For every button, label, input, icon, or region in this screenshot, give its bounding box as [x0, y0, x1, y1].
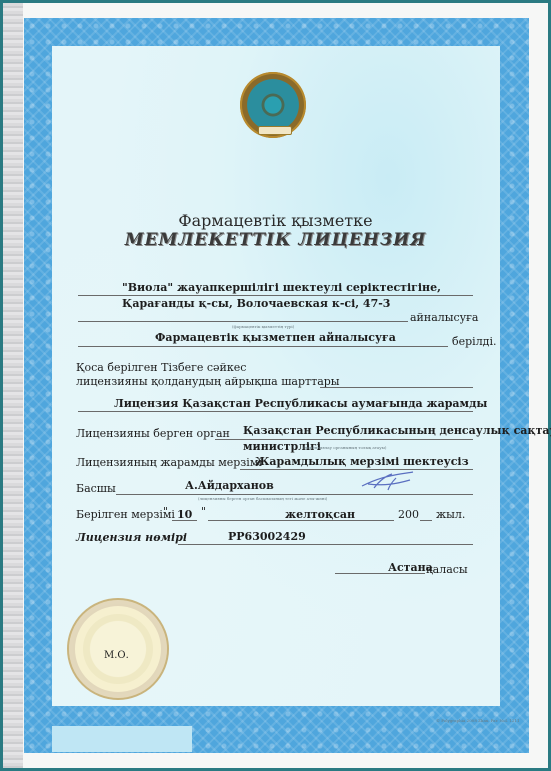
- rule: [172, 520, 197, 521]
- rule: [208, 520, 394, 521]
- binding-strip: [3, 3, 23, 768]
- issued-suffix: берілді.: [452, 335, 496, 348]
- rule: [78, 346, 448, 347]
- signature-icon: [360, 470, 415, 492]
- head-label: Басшы: [76, 482, 116, 495]
- licensee-line-1: "Виола" жауапкершілігі шектеулі серіктес…: [122, 281, 441, 294]
- conditions-value: Лицензия Қазақстан Республикасы аумағынд…: [114, 397, 487, 410]
- rule: [320, 387, 473, 388]
- date-close-quote: ": [201, 505, 206, 518]
- title-line-1: Фармацевтік қызметке: [0, 211, 551, 230]
- printer-note: © Polygraphia 2008 Zhax. Par. Nol. 1211: [436, 718, 520, 723]
- rule: [116, 494, 473, 495]
- license-number-value: РР63002429: [228, 530, 306, 543]
- title-line-2: МЕМЛЕКЕТТІК ЛИЦЕНЗИЯ: [0, 230, 551, 250]
- date-open-quote: ": [163, 505, 168, 518]
- date-year-suffix: жыл.: [436, 508, 465, 521]
- validity-label: Лицензияның жарамды мерзімі: [76, 456, 262, 469]
- validity-value: Жарамдылық мерзімі шектеусіз: [255, 455, 469, 468]
- rule: [78, 321, 408, 322]
- activity-caption: (фармацевтік қызметтің түрі): [232, 324, 294, 329]
- bottom-panel: [52, 726, 192, 752]
- conditions-label-2: лицензияны қолданудың айрықша шарттары: [76, 375, 340, 388]
- activity-value: Фармацевтік қызметпен айналысуға: [155, 331, 396, 344]
- licensee-line-2: Қарағанды қ-сы, Волочаевская к-сі, 47-3: [122, 297, 390, 310]
- date-label: Берілген мерзімі: [76, 508, 175, 521]
- rule: [78, 411, 473, 412]
- stamp-label: М.О.: [104, 650, 129, 661]
- head-value: А.Айдарханов: [185, 479, 274, 492]
- emblem-ribbon: [258, 126, 292, 135]
- issuer-caption: (лицензиялау органының толық атауы): [303, 445, 386, 450]
- rule: [240, 469, 473, 470]
- date-year-prefix: 200: [398, 508, 419, 521]
- official-seal-icon: [67, 598, 169, 700]
- activity-suffix: айналысуға: [410, 311, 478, 324]
- rule: [420, 520, 432, 521]
- city-suffix: қаласы: [426, 563, 468, 576]
- rule: [178, 544, 473, 545]
- conditions-label-1: Қоса берілген Тізбеге сәйкес: [76, 361, 246, 374]
- rule: [78, 295, 473, 296]
- issuer-value-1: Қазақстан Республикасының денсаулық сақт…: [243, 424, 551, 437]
- license-number-label: Лицензия нөмірі: [76, 531, 187, 544]
- issuer-label: Лицензияны берген орган: [76, 427, 230, 440]
- head-caption: (лицензияны берген орган басшысының тегі…: [198, 496, 327, 501]
